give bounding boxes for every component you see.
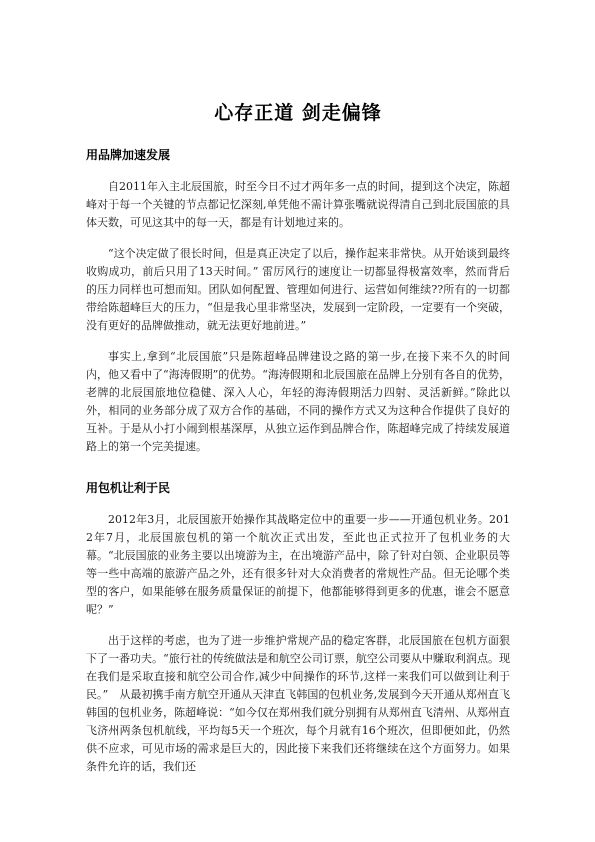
section-heading-charter: 用包机让利于民: [86, 479, 510, 496]
paragraph: 自2011年入主北辰国旅，时至今日不过才两年多一点的时间，提到这个决定，陈超峰对…: [86, 178, 510, 232]
paragraph: “这个决定做了很长时间，但是真正决定了以后，操作起来非常快。从开始谈到最终收购成…: [86, 245, 510, 335]
section-charter-flights: 用包机让利于民 2012年3月，北辰国旅开始操作其战略定位中的重要一步——开通包…: [86, 479, 510, 776]
paragraph: 2012年3月，北辰国旅开始操作其战略定位中的重要一步——开通包机业务。2012…: [86, 511, 510, 619]
document-page: 心存正道 剑走偏锋 用品牌加速发展 自2011年入主北辰国旅，时至今日不过才两年…: [0, 0, 595, 842]
paragraph: 出于这样的考虑，也为了进一步维护常规产品的稳定客群，北辰国旅在包机方面狠下了一番…: [86, 632, 510, 776]
paragraph: 事实上,拿到“北辰国旅”只是陈超峰品牌建设之路的第一步,在接下来不久的时间内，他…: [86, 348, 510, 456]
page-title: 心存正道 剑走偏锋: [86, 98, 510, 125]
section-heading-brand: 用品牌加速发展: [86, 146, 510, 163]
section-brand-development: 用品牌加速发展 自2011年入主北辰国旅，时至今日不过才两年多一点的时间，提到这…: [86, 146, 510, 456]
